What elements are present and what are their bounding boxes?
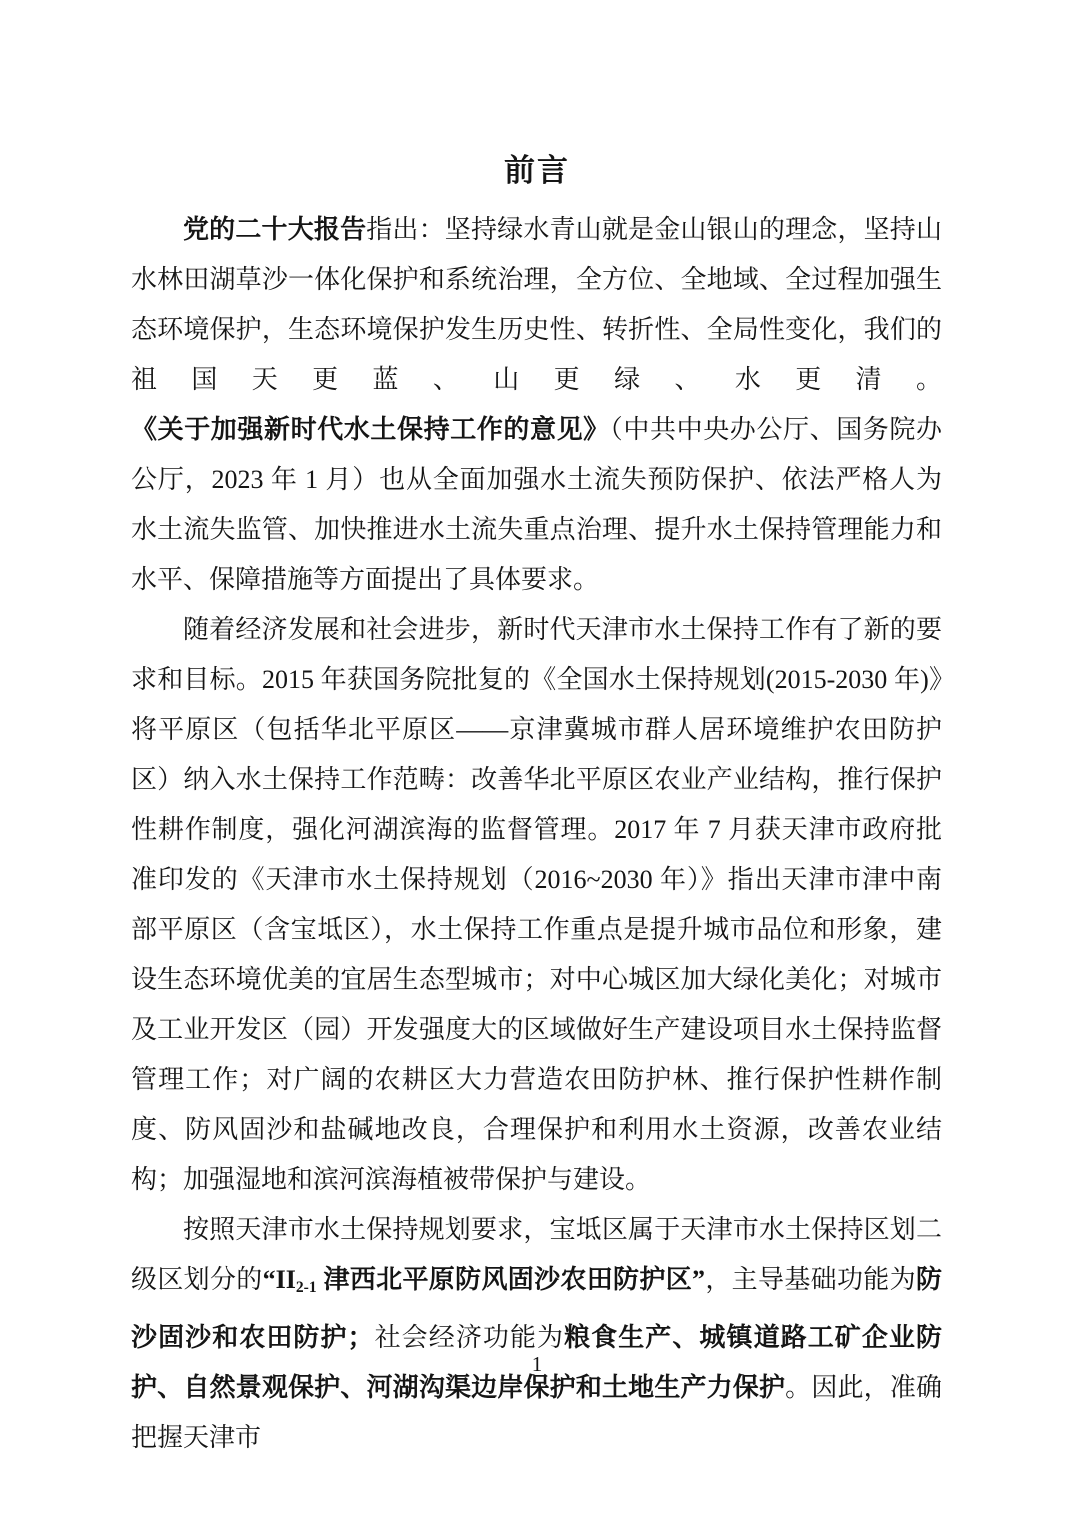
document-page: 前言 党的二十大报告指出：坚持绿水青山就是金山银山的理念，坚持山水林田湖草沙一体… (0, 0, 1074, 1520)
text-run: ，主导基础功能为 (705, 1265, 916, 1294)
emphasis-run: “II (263, 1265, 296, 1294)
page-title: 前言 (0, 150, 1074, 192)
emphasis-run: 《关于加强新时代水土保持工作的意见》 (131, 415, 610, 444)
text-run: 社会经济功能为 (374, 1323, 565, 1352)
document-body: 党的二十大报告指出：坚持绿水青山就是金山银山的理念，坚持山水林田湖草沙一体化保护… (131, 205, 942, 1463)
emphasis-run: 津西北平原防风固沙农田防护区” (317, 1265, 705, 1294)
text-run: 随着经济发展和社会进步，新时代天津市水土保持工作有了新的要求和目标。2015 年… (131, 615, 942, 1194)
page-number: 1 (0, 1352, 1074, 1377)
paragraph: 党的二十大报告指出：坚持绿水青山就是金山银山的理念，坚持山水林田湖草沙一体化保护… (131, 205, 942, 605)
paragraph: 按照天津市水土保持规划要求，宝坻区属于天津市水土保持区划二级区划分的“II2-1… (131, 1205, 942, 1463)
paragraph: 随着经济发展和社会进步，新时代天津市水土保持工作有了新的要求和目标。2015 年… (131, 605, 942, 1205)
emphasis-run: 2-1 (296, 1279, 317, 1296)
emphasis-run: 党的二十大报告 (183, 215, 366, 244)
